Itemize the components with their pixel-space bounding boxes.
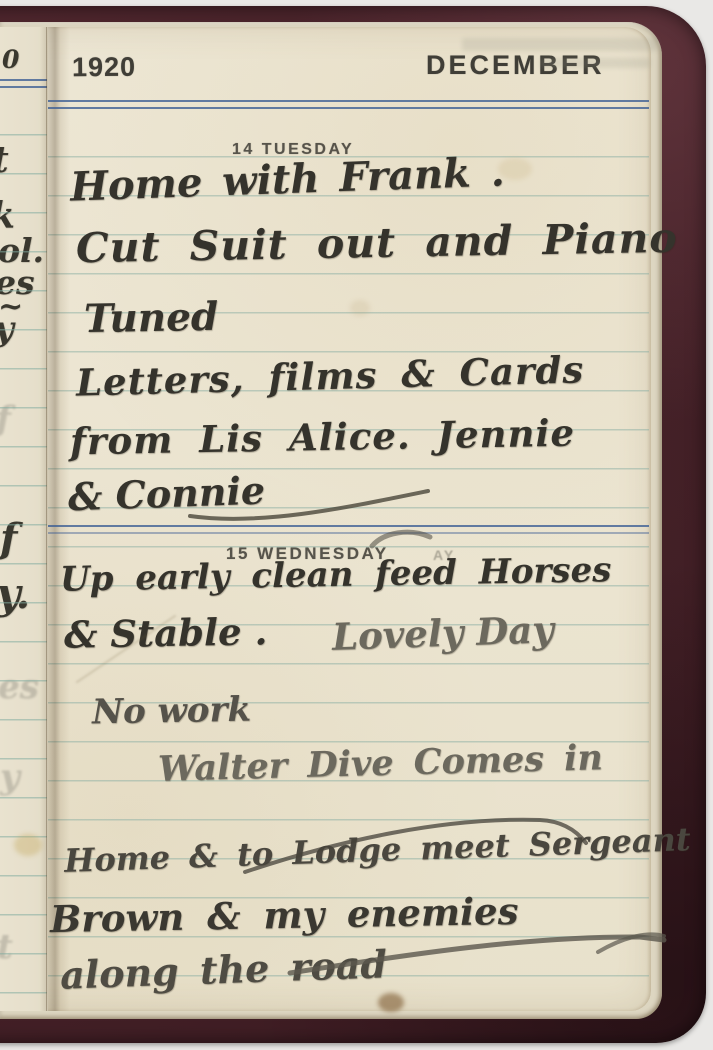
show-through-smudge	[540, 58, 650, 68]
show-through-smudge	[462, 38, 658, 51]
handwriting-line: & Connie	[67, 468, 265, 520]
yellow-stain	[14, 834, 42, 856]
header-blue-rule	[48, 107, 649, 109]
handwriting-line: Brown & my enemies	[50, 889, 519, 941]
printed-year: 1920	[72, 52, 136, 84]
handwriting-line: from Lis Alice. Jennie	[70, 411, 576, 464]
gutter-crease-line	[46, 27, 47, 1011]
divider-blue-rule	[48, 532, 649, 534]
faint-stain	[350, 300, 370, 316]
handwriting-line: Tuned	[84, 294, 219, 342]
left-page-header-fragment: 0	[2, 45, 19, 74]
brown-stain	[378, 993, 404, 1012]
divider-blue-rule	[48, 525, 649, 527]
handwriting-line: Lovely Day	[331, 607, 554, 659]
header-blue-rule	[48, 100, 649, 102]
handwriting-line: & Stable .	[64, 609, 268, 657]
diary-photo: 0 t k ol. es ~ y f y. f es y t 1920 DECE…	[0, 0, 713, 1050]
faint-stain	[498, 158, 532, 180]
handwriting-line: No work	[92, 690, 252, 733]
